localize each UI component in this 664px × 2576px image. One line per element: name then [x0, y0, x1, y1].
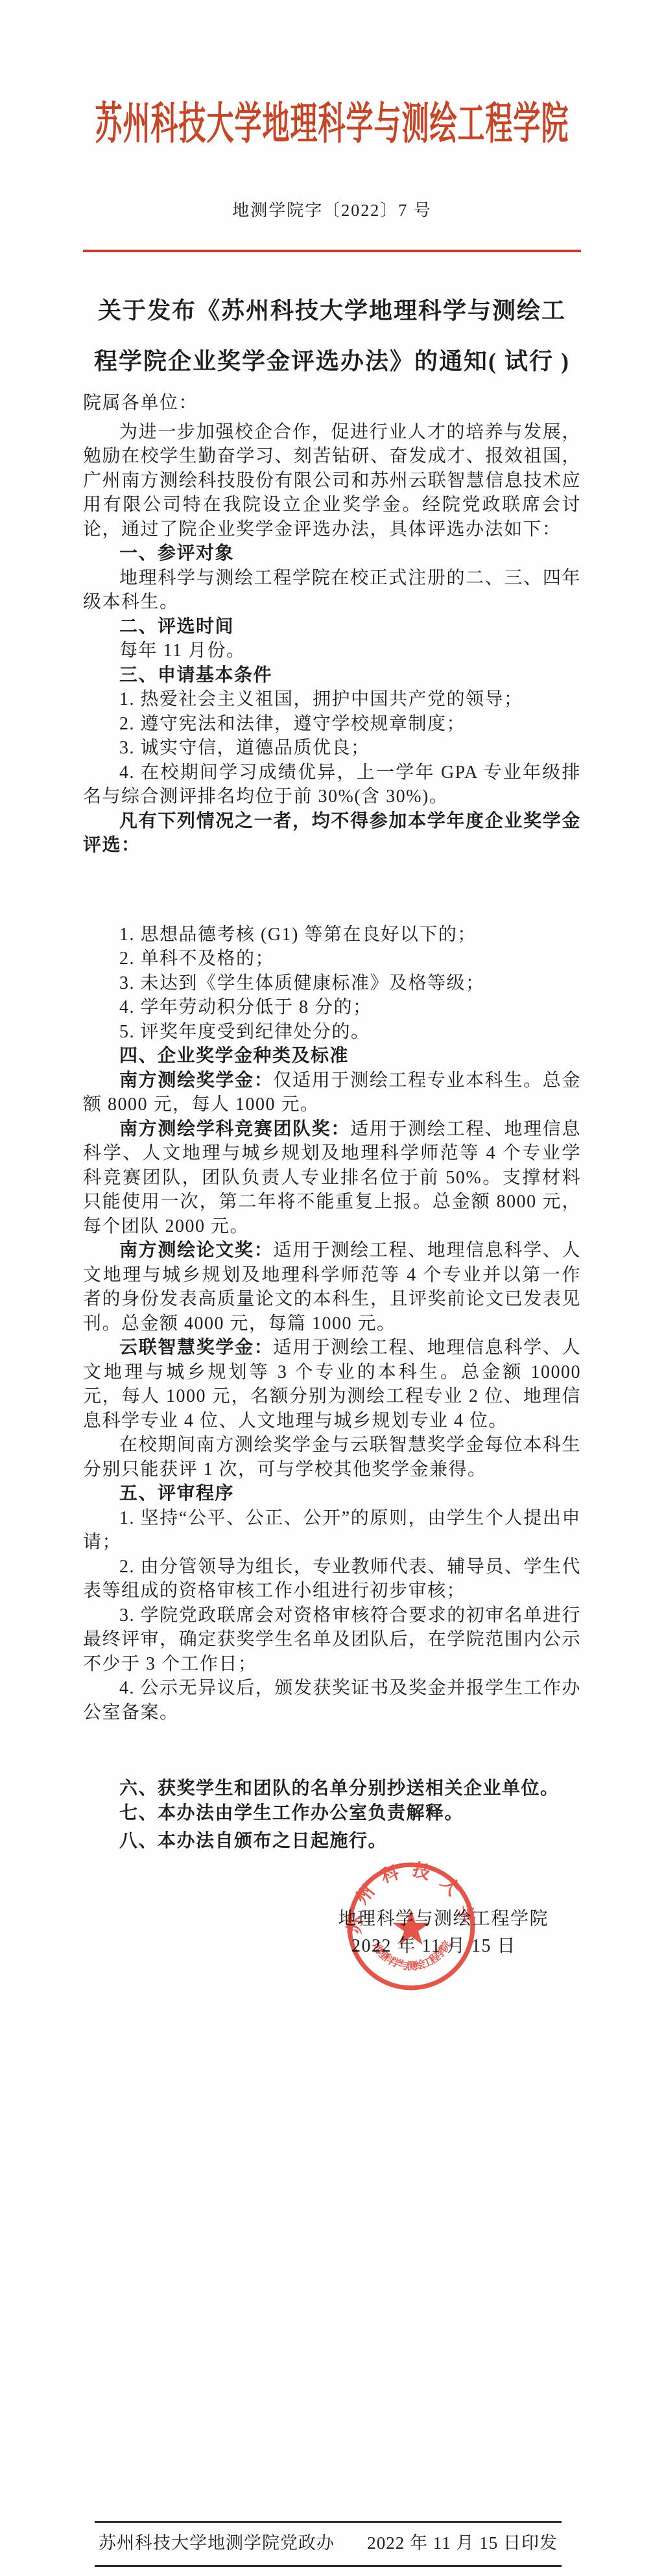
salutation: 院属各单位： [83, 391, 581, 416]
intro-paragraph: 为进一步加强校企合作，促进行业人才的培养与发展，勉励在校学生勤奋学习、刻苦钻研、… [83, 420, 581, 542]
document-content: 苏州科技大学地理科学与测绘工程学院 地测学院字〔2022〕7 号 关于发布《苏州… [83, 0, 581, 1854]
notice-title-line2: 程学院企业奖学金评选办法》的通知( 试行 ) [83, 336, 581, 386]
awards-note: 在校期间南方测绘奖学金与云联智慧奖学金每位本科生分别只能获评 1 次，可与学校其… [83, 1433, 581, 1482]
award-name: 云联智慧奖学金： [119, 1338, 273, 1358]
list-item: 2. 由分管领导为组长，专业教师代表、辅导员、学生代表等组成的资格审核工作小组进… [83, 1555, 581, 1603]
seal-bottom-text: 地理科学与测绘工程学院 [370, 1938, 454, 1972]
official-seal: 苏州科技大学 地理科学与测绘工程学院 [344, 1860, 478, 1993]
award-paragraph: 云联智慧奖学金：适用于测绘工程、地理信息科学、人文地理与城乡规划等 3 个专业的… [83, 1336, 581, 1433]
document-number: 地测学院字〔2022〕7 号 [83, 200, 581, 222]
section-1-text: 地理科学与测绘工程学院在校正式注册的二、三、四年级本科生。 [83, 566, 581, 615]
list-item: 2. 遵守宪法和法律，遵守学校规章制度； [83, 712, 581, 737]
footer-issuer: 苏州科技大学地测学院党政办 [99, 2529, 335, 2554]
list-item: 1. 思想品德考核 (G1) 等第在良好以下的； [83, 923, 581, 947]
award-paragraph: 南方测绘奖学金：仅适用于测绘工程专业本科生。总金额 8000 元，每人 1000… [83, 1069, 581, 1117]
closing-item: 六、获奖学生和团队的名单分别抄送相关企业单位。 [83, 1777, 581, 1801]
award-name: 南方测绘奖学金： [119, 1070, 273, 1091]
notice-title: 关于发布《苏州科技大学地理科学与测绘工 程学院企业奖学金评选办法》的通知( 试行… [83, 285, 581, 386]
award-paragraph: 南方测绘论文奖：适用于测绘工程、地理信息科学、人文地理与城乡规划及地理科学师范等… [83, 1238, 581, 1336]
list-item: 2. 单科不及格的； [83, 947, 581, 971]
award-paragraph: 南方测绘学科竞赛团队奖：适用于测绘工程、地理信息科学、人文地理与城乡规划及地理科… [83, 1117, 581, 1239]
star-icon [392, 1909, 430, 1945]
document-page: 苏州科技大学地理科学与测绘工程学院 地测学院字〔2022〕7 号 关于发布《苏州… [0, 0, 664, 2576]
list-item: 3. 诚实守信，道德品质优良； [83, 736, 581, 761]
award-name: 南方测绘论文奖： [119, 1240, 273, 1260]
exclusion-note: 凡有下列情况之一者，均不得参加本学年度企业奖学金评选： [83, 809, 581, 858]
closing-item: 七、本办法由学生工作办公室负责解释。 [83, 1801, 581, 1826]
closing-item: 八、本办法自颁布之日起施行。 [83, 1829, 581, 1854]
list-item: 5. 评奖年度受到纪律处分的。 [83, 1020, 581, 1045]
section-heading-5: 五、评审程序 [83, 1482, 581, 1506]
notice-title-line1: 关于发布《苏州科技大学地理科学与测绘工 [83, 285, 581, 336]
list-item: 1. 坚持“公平、公正、公开”的原则，由学生个人提出申请； [83, 1506, 581, 1555]
footer: 苏州科技大学地测学院党政办 2022 年 11 月 15 日印发 [95, 2521, 562, 2567]
section-2-text: 每年 11 月份。 [83, 639, 581, 663]
list-item: 4. 学年劳动积分低于 8 分的； [83, 995, 581, 1020]
red-divider-line [83, 250, 581, 252]
section-heading-3: 三、申请基本条件 [83, 663, 581, 688]
award-name: 南方测绘学科竞赛团队奖： [119, 1119, 350, 1139]
list-item: 1. 热爱社会主义祖国，拥护中国共产党的领导； [83, 687, 581, 712]
section-heading-4: 四、企业奖学金种类及标准 [83, 1044, 581, 1069]
institution-name: 苏州科技大学地理科学与测绘工程学院 [95, 89, 569, 152]
footer-print-date: 2022 年 11 月 15 日印发 [367, 2529, 558, 2554]
section-heading-1: 一、参评对象 [83, 541, 581, 566]
institution-header: 苏州科技大学地理科学与测绘工程学院 [83, 89, 581, 150]
list-item: 3. 未达到《学生体质健康标准》及格等级； [83, 971, 581, 996]
list-item: 3. 学院党政联席会对资格审核符合要求的初审名单进行最终评审，确定获奖学生名单及… [83, 1603, 581, 1677]
list-item: 4. 在校期间学习成绩优异，上一学年 GPA 专业年级排名与综合测评排名均位于前… [83, 761, 581, 809]
section-heading-2: 二、评选时间 [83, 615, 581, 639]
list-item: 4. 公示无异议后，颁发获奖证书及奖金并报学生工作办公室备案。 [83, 1676, 581, 1725]
